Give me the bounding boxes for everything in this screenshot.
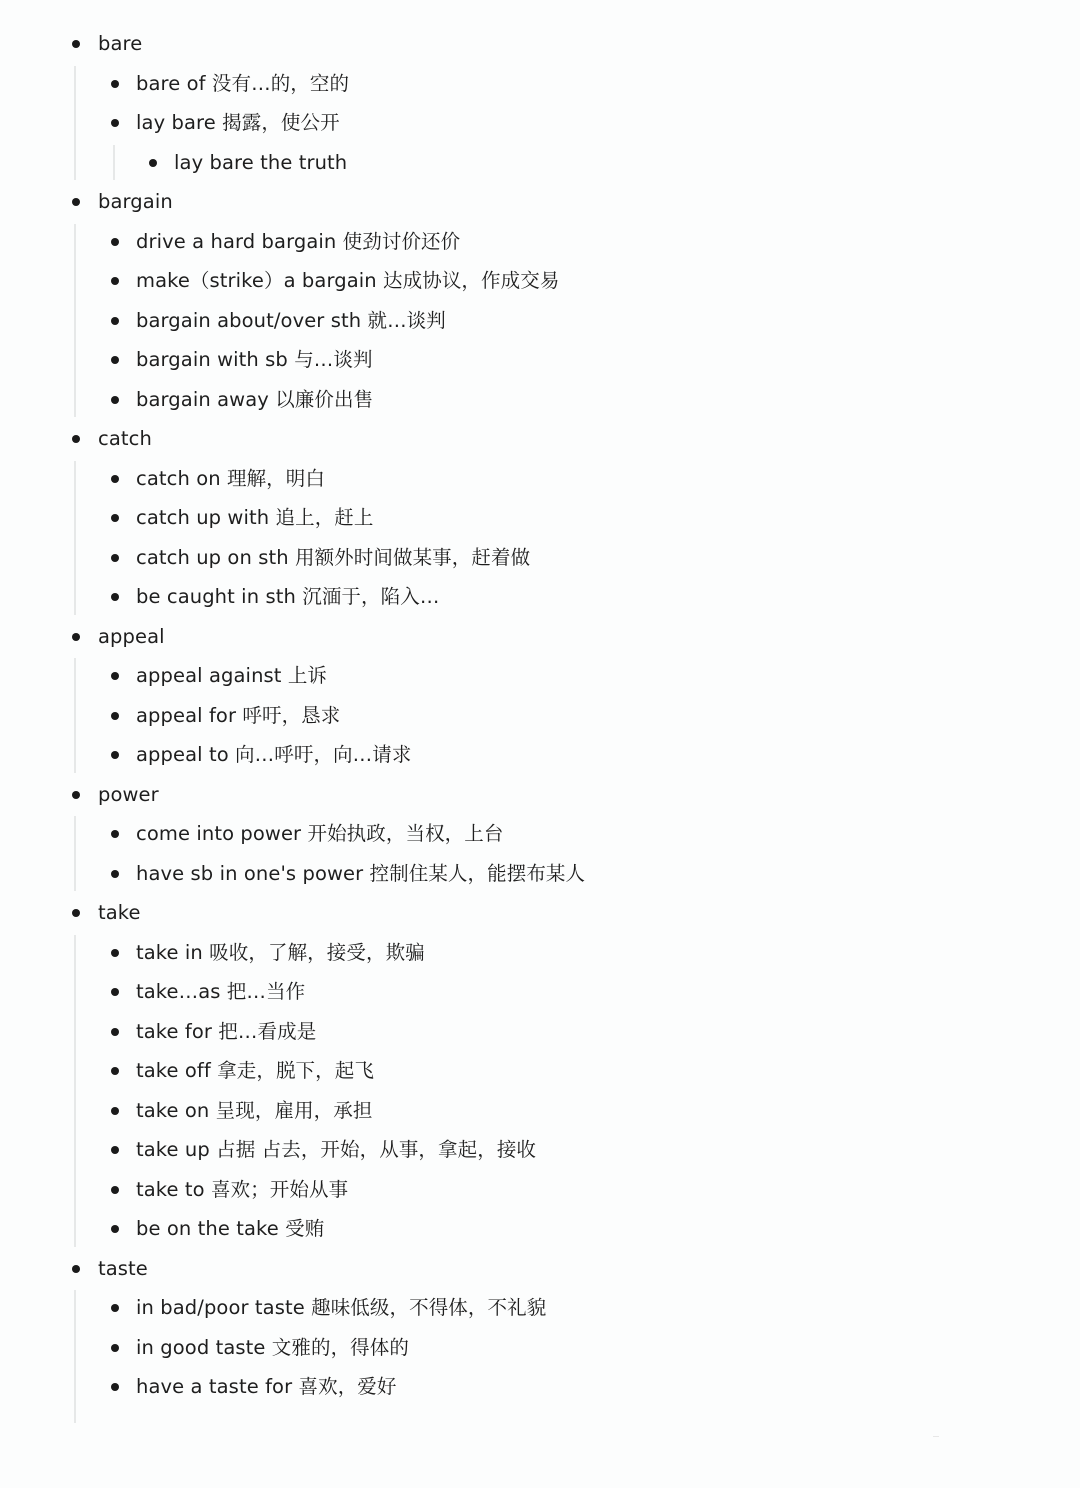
phrase-item[interactable]: in bad/poor taste 趣味低级，不得体，不礼貌: [0, 1288, 1080, 1328]
term-children: take in 吸收，了解，接受，欺骗 take…as 把…当作 take fo…: [0, 933, 1080, 1249]
phrase-label: take for 把…看成是: [136, 1012, 316, 1052]
bullet-icon[interactable]: [111, 1225, 119, 1233]
phrase-item[interactable]: bare of 没有…的，空的: [0, 64, 1080, 104]
bullet-icon[interactable]: [72, 40, 80, 48]
phrase-item[interactable]: bargain with sb 与…谈判: [0, 340, 1080, 380]
outline-root-list: bare bare of 没有…的，空的 lay bare 揭露，使公开 lay…: [0, 24, 1080, 1425]
outline-term-catch[interactable]: catch catch on 理解，明白 catch up with 追上，赶上…: [0, 419, 1080, 617]
phrase-label: catch on 理解，明白: [136, 459, 325, 499]
outline-term-bare[interactable]: bare bare of 没有…的，空的 lay bare 揭露，使公开 lay…: [0, 24, 1080, 182]
bullet-icon[interactable]: [111, 672, 119, 680]
phrase-item[interactable]: take on 呈现，雇用，承担: [0, 1091, 1080, 1131]
phrase-label: take up 占据 占去，开始，从事，拿起，接收: [136, 1130, 536, 1170]
term-label: take: [98, 893, 141, 933]
bullet-icon[interactable]: [111, 949, 119, 957]
term-row[interactable]: appeal: [0, 617, 1080, 657]
phrase-item[interactable]: take for 把…看成是: [0, 1012, 1080, 1052]
phrase-item[interactable]: in good taste 文雅的，得体的: [0, 1328, 1080, 1368]
bullet-icon[interactable]: [111, 514, 119, 522]
bullet-icon[interactable]: [111, 712, 119, 720]
faint-corner-mark: [933, 1426, 939, 1437]
term-label: bargain: [98, 182, 173, 222]
term-children: catch on 理解，明白 catch up with 追上，赶上 catch…: [0, 459, 1080, 617]
phrase-label: come into power 开始执政，当权，上台: [136, 814, 503, 854]
example-item[interactable]: lay bare the truth: [0, 143, 1080, 183]
phrase-label: bargain with sb 与…谈判: [136, 340, 373, 380]
phrase-outline: bare bare of 没有…的，空的 lay bare 揭露，使公开 lay…: [0, 24, 1080, 1425]
bullet-icon[interactable]: [111, 1028, 119, 1036]
outline-term-appeal[interactable]: appeal appeal against 上诉 appeal for 呼吁，恳…: [0, 617, 1080, 775]
phrase-item[interactable]: take up 占据 占去，开始，从事，拿起，接收: [0, 1130, 1080, 1170]
phrase-item[interactable]: take in 吸收，了解，接受，欺骗: [0, 933, 1080, 973]
term-label: bare: [98, 24, 142, 64]
phrase-item[interactable]: catch on 理解，明白: [0, 459, 1080, 499]
term-label: catch: [98, 419, 152, 459]
term-label: taste: [98, 1249, 148, 1289]
bullet-icon[interactable]: [111, 1067, 119, 1075]
bullet-icon[interactable]: [111, 317, 119, 325]
bullet-icon[interactable]: [111, 119, 119, 127]
term-row[interactable]: bare: [0, 24, 1080, 64]
bullet-icon[interactable]: [111, 475, 119, 483]
bullet-icon[interactable]: [111, 988, 119, 996]
phrase-item[interactable]: have sb in one's power 控制住某人，能摆布某人: [0, 854, 1080, 894]
phrase-label: lay bare 揭露，使公开: [136, 103, 340, 143]
bullet-icon[interactable]: [72, 435, 80, 443]
phrase-label: take…as 把…当作: [136, 972, 305, 1012]
phrase-item[interactable]: catch up on sth 用额外时间做某事，赶着做: [0, 538, 1080, 578]
phrase-label: bargain away 以廉价出售: [136, 380, 373, 420]
bullet-icon[interactable]: [72, 1265, 80, 1273]
term-children: bare of 没有…的，空的 lay bare 揭露，使公开 lay bare…: [0, 64, 1080, 183]
phrase-item[interactable]: take off 拿走，脱下，起飞: [0, 1051, 1080, 1091]
phrase-item[interactable]: have a taste for 喜欢，爱好: [0, 1367, 1080, 1407]
phrase-item[interactable]: take to 喜欢；开始从事: [0, 1170, 1080, 1210]
bullet-icon[interactable]: [111, 1186, 119, 1194]
phrase-children: lay bare the truth: [0, 143, 1080, 183]
phrase-label: appeal against 上诉: [136, 656, 327, 696]
bullet-icon[interactable]: [111, 1383, 119, 1391]
phrase-label: make（strike）a bargain 达成协议，作成交易: [136, 261, 559, 301]
term-label: power: [98, 775, 159, 815]
bullet-icon[interactable]: [72, 198, 80, 206]
outline-term-power[interactable]: power come into power 开始执政，当权，上台 have sb…: [0, 775, 1080, 894]
phrase-item[interactable]: appeal against 上诉: [0, 656, 1080, 696]
bullet-icon[interactable]: [111, 830, 119, 838]
phrase-label: drive a hard bargain 使劲讨价还价: [136, 222, 460, 262]
bullet-icon[interactable]: [72, 909, 80, 917]
bullet-icon[interactable]: [111, 554, 119, 562]
bullet-icon[interactable]: [72, 633, 80, 641]
term-row[interactable]: take: [0, 893, 1080, 933]
outline-term-taste[interactable]: taste in bad/poor taste 趣味低级，不得体，不礼貌 in …: [0, 1249, 1080, 1425]
term-row[interactable]: catch: [0, 419, 1080, 459]
bullet-icon[interactable]: [111, 593, 119, 601]
phrase-item[interactable]: take…as 把…当作: [0, 972, 1080, 1012]
phrase-label: appeal to 向…呼吁，向…请求: [136, 735, 411, 775]
phrase-item[interactable]: be caught in sth 沉湎于，陷入…: [0, 577, 1080, 617]
term-label: appeal: [98, 617, 165, 657]
bullet-icon[interactable]: [72, 791, 80, 799]
phrase-label: in good taste 文雅的，得体的: [136, 1328, 409, 1368]
bullet-icon[interactable]: [111, 1344, 119, 1352]
phrase-label: be caught in sth 沉湎于，陷入…: [136, 577, 439, 617]
phrase-label: appeal for 呼吁，恳求: [136, 696, 340, 736]
phrase-label: bargain about/over sth 就…谈判: [136, 301, 446, 341]
bullet-icon[interactable]: [111, 277, 119, 285]
term-row[interactable]: taste: [0, 1249, 1080, 1289]
term-children: appeal against 上诉 appeal for 呼吁，恳求 appea…: [0, 656, 1080, 775]
phrase-label: take in 吸收，了解，接受，欺骗: [136, 933, 425, 973]
term-row[interactable]: power: [0, 775, 1080, 815]
outline-term-take[interactable]: take take in 吸收，了解，接受，欺骗 take…as 把…当作 ta…: [0, 893, 1080, 1249]
bullet-icon[interactable]: [111, 1304, 119, 1312]
phrase-label: be on the take 受贿: [136, 1209, 324, 1249]
phrase-item[interactable]: make（strike）a bargain 达成协议，作成交易: [0, 261, 1080, 301]
bullet-icon[interactable]: [111, 751, 119, 759]
example-label: lay bare the truth: [174, 143, 347, 183]
bullet-icon[interactable]: [111, 80, 119, 88]
phrase-item[interactable]: appeal to 向…呼吁，向…请求: [0, 735, 1080, 775]
phrase-item[interactable]: appeal for 呼吁，恳求: [0, 696, 1080, 736]
phrase-label: have sb in one's power 控制住某人，能摆布某人: [136, 854, 585, 894]
outline-term-bargain[interactable]: bargain drive a hard bargain 使劲讨价还价 make…: [0, 182, 1080, 419]
phrase-item[interactable]: drive a hard bargain 使劲讨价还价: [0, 222, 1080, 262]
term-children: in bad/poor taste 趣味低级，不得体，不礼貌 in good t…: [0, 1288, 1080, 1425]
phrase-item[interactable]: bargain away 以廉价出售: [0, 380, 1080, 420]
phrase-item[interactable]: be on the take 受贿: [0, 1209, 1080, 1249]
phrase-label: catch up on sth 用额外时间做某事，赶着做: [136, 538, 530, 578]
phrase-label: in bad/poor taste 趣味低级，不得体，不礼貌: [136, 1288, 546, 1328]
phrase-item[interactable]: bargain about/over sth 就…谈判: [0, 301, 1080, 341]
phrase-item[interactable]: catch up with 追上，赶上: [0, 498, 1080, 538]
bullet-icon[interactable]: [111, 870, 119, 878]
phrase-label: have a taste for 喜欢，爱好: [136, 1367, 397, 1407]
phrase-label: take to 喜欢；开始从事: [136, 1170, 348, 1210]
bullet-icon[interactable]: [149, 159, 157, 167]
phrase-label: bare of 没有…的，空的: [136, 64, 349, 104]
phrase-label: catch up with 追上，赶上: [136, 498, 374, 538]
bullet-icon[interactable]: [111, 1107, 119, 1115]
phrase-item[interactable]: lay bare 揭露，使公开 lay bare the truth: [0, 103, 1080, 182]
term-children: come into power 开始执政，当权，上台 have sb in on…: [0, 814, 1080, 893]
bullet-icon[interactable]: [111, 396, 119, 404]
phrase-label: take off 拿走，脱下，起飞: [136, 1051, 374, 1091]
term-row[interactable]: bargain: [0, 182, 1080, 222]
bullet-icon[interactable]: [111, 1146, 119, 1154]
phrase-item[interactable]: come into power 开始执政，当权，上台: [0, 814, 1080, 854]
bullet-icon[interactable]: [111, 356, 119, 364]
term-children: drive a hard bargain 使劲讨价还价 make（strike）…: [0, 222, 1080, 420]
phrase-label: take on 呈现，雇用，承担: [136, 1091, 372, 1131]
bullet-icon[interactable]: [111, 238, 119, 246]
